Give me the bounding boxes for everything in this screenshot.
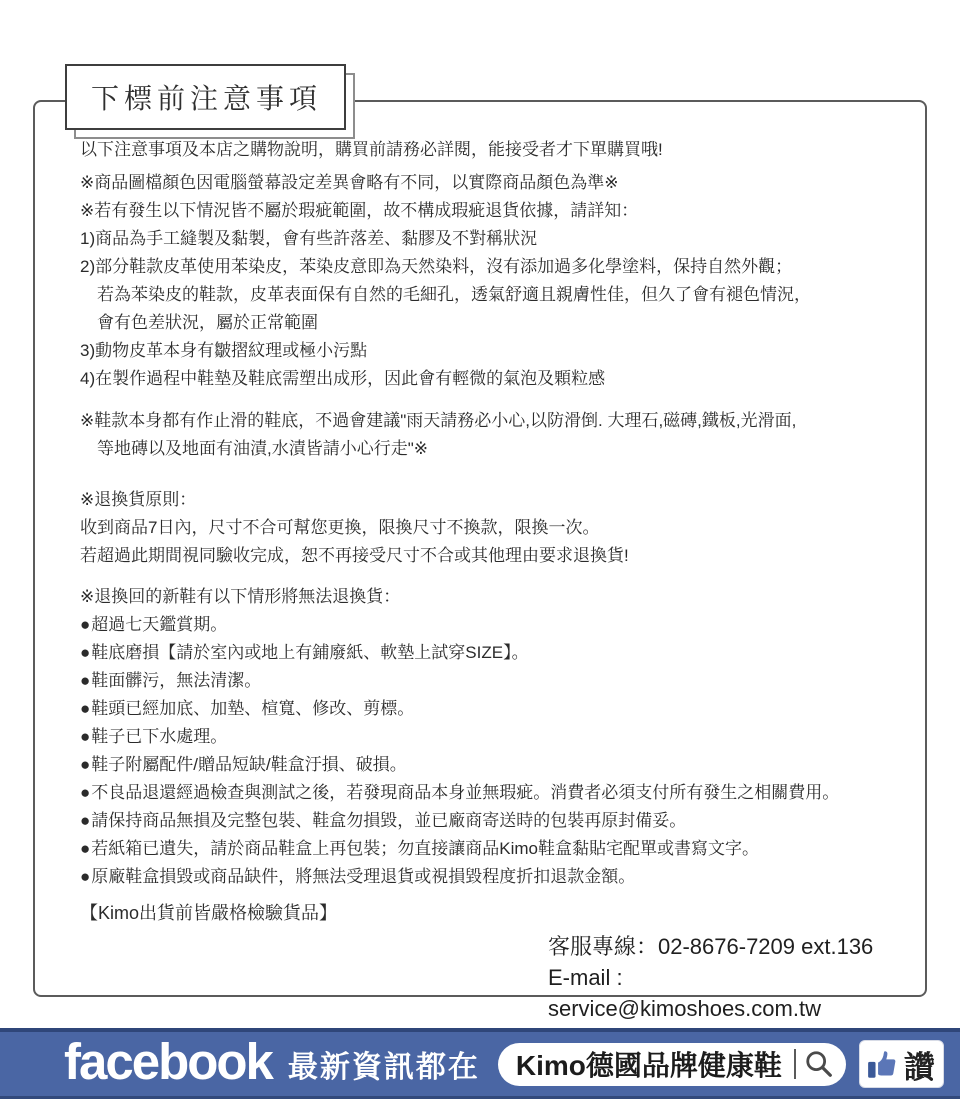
bullet-icon: ● <box>80 839 90 858</box>
bullet-icon: ● <box>80 615 90 634</box>
divider <box>794 1049 796 1079</box>
defect-note-heading: ※若有發生以下情況皆不屬於瑕疵範圍，故不構成瑕疵退貨依據，請詳知： <box>80 197 889 225</box>
service-email: E-mail : service@kimoshoes.com.tw <box>548 962 889 1024</box>
return-policy-heading: ※退換貨原則： <box>80 486 889 514</box>
bullet-icon: ● <box>80 755 90 774</box>
intro-text: 以下注意事項及本店之購物說明，購買前請務必詳閱，能接受者才下單購買哦! <box>80 136 889 164</box>
list-item-text: 鞋子已下水處理。 <box>91 727 227 746</box>
no-return-heading: ※退換回的新鞋有以下情形將無法退換貨： <box>80 583 889 611</box>
bullet-icon: ● <box>80 811 90 830</box>
thumbs-up-icon <box>866 1046 902 1082</box>
bullet-icon: ● <box>80 643 90 662</box>
list-item: ●鞋底磨損【請於室內或地上有鋪廢紙、軟墊上試穿SIZE】。 <box>80 639 889 667</box>
spacer <box>80 570 889 583</box>
list-item-text: 原廠鞋盒損毀或商品缺件，將無法受理退貨或視損毀程度折扣退款金額。 <box>91 867 635 886</box>
bullet-icon: ● <box>80 699 90 718</box>
list-item: ●不良品退還經過檢查與測試之後，若發現商品本身並無瑕疵。消費者必須支付所有發生之… <box>80 779 889 807</box>
like-button[interactable]: 讚 <box>859 1040 944 1088</box>
page: 下標前注意事項 以下注意事項及本店之購物說明，購買前請務必詳閱，能接受者才下單購… <box>0 0 960 1099</box>
list-item-text: 請保持商品無損及完整包裝、鞋盒勿損毀，並已廠商寄送時的包裝再原封備妥。 <box>91 811 686 830</box>
bullet-icon: ● <box>80 727 90 746</box>
list-item: ●原廠鞋盒損毀或商品缺件，將無法受理退貨或視損毀程度折扣退款金額。 <box>80 863 889 891</box>
defect-item-3: 3)動物皮革本身有皺摺紋理或極小污點 <box>80 337 889 365</box>
defect-item-2: 2)部分鞋款皮革使用苯染皮，苯染皮意即為天然染料，沒有添加過多化學塗料，保持自然… <box>80 253 889 281</box>
contact-block: 客服專線：02-8676-7209 ext.136 E-mail : servi… <box>80 931 889 1024</box>
slip-warning: ※鞋款本身都有作止滑的鞋底，不過會建議"雨天請務必小心,以防滑倒. 大理石,磁磚… <box>80 407 889 435</box>
spacer <box>80 393 889 407</box>
color-note: ※商品圖檔顏色因電腦螢幕設定差異會略有不同，以實際商品顏色為準※ <box>80 169 889 197</box>
list-item: ●鞋頭已經加底、加墊、楦寬、修改、剪標。 <box>80 695 889 723</box>
page-title: 下標前注意事項 <box>65 64 346 130</box>
bullet-icon: ● <box>80 867 90 886</box>
defect-item-2-cont: 若為苯染皮的鞋款，皮革表面保有自然的毛細孔，透氣舒適且親膚性佳，但久了會有褪色情… <box>80 281 889 309</box>
list-item: ●鞋子已下水處理。 <box>80 723 889 751</box>
notice-panel: 下標前注意事項 以下注意事項及本店之購物說明，購買前請務必詳閱，能接受者才下單購… <box>33 100 927 997</box>
search-pill[interactable]: Kimo德國品牌健康鞋 <box>498 1043 846 1086</box>
notice-title-box: 下標前注意事項 <box>65 64 346 130</box>
list-item-text: 若紙箱已遺失，請於商品鞋盒上再包裝；勿直接讓商品Kimo鞋盒黏貼宅配單或書寫文字… <box>91 839 759 858</box>
like-label: 讚 <box>904 1042 935 1087</box>
slip-warning-cont: 等地磚以及地面有油漬,水漬皆請小心行走"※ <box>80 435 889 463</box>
list-item: ●若紙箱已遺失，請於商品鞋盒上再包裝；勿直接讓商品Kimo鞋盒黏貼宅配單或書寫文… <box>80 835 889 863</box>
search-text: Kimo德國品牌健康鞋 <box>516 1044 782 1084</box>
banner-tagline: 最新資訊都在 <box>288 1042 480 1086</box>
list-item: ●請保持商品無損及完整包裝、鞋盒勿損毀，並已廠商寄送時的包裝再原封備妥。 <box>80 807 889 835</box>
service-hotline: 客服專線：02-8676-7209 ext.136 <box>548 931 889 962</box>
list-item-text: 鞋頭已經加底、加墊、楦寬、修改、剪標。 <box>91 699 414 718</box>
list-item-text: 鞋面髒污，無法清潔。 <box>91 671 261 690</box>
defect-item-4: 4)在製作過程中鞋墊及鞋底需塑出成形，因此會有輕微的氣泡及顆粒感 <box>80 365 889 393</box>
list-item: ●鞋子附屬配件/贈品短缺/鞋盒汙損、破損。 <box>80 751 889 779</box>
list-item: ●超過七天鑑賞期。 <box>80 611 889 639</box>
list-item-text: 鞋底磨損【請於室內或地上有鋪廢紙、軟墊上試穿SIZE】。 <box>91 643 528 662</box>
defect-item-1: 1)商品為手工縫製及黏製，會有些許落差、黏膠及不對稱狀況 <box>80 225 889 253</box>
list-item-text: 超過七天鑑賞期。 <box>91 615 227 634</box>
notice-content: 以下注意事項及本店之購物說明，購買前請務必詳閱，能接受者才下單購買哦! ※商品圖… <box>35 102 925 1024</box>
facebook-logo: facebook <box>64 1032 272 1091</box>
facebook-banner[interactable]: facebook 最新資訊都在 Kimo德國品牌健康鞋 讚 <box>0 1028 960 1099</box>
list-item: ●鞋面髒污，無法清潔。 <box>80 667 889 695</box>
search-icon[interactable] <box>804 1049 834 1079</box>
bullet-icon: ● <box>80 783 90 802</box>
inspection-note: 【Kimo出貨前皆嚴格檢驗貨品】 <box>80 899 889 927</box>
list-item-text: 不良品退還經過檢查與測試之後，若發現商品本身並無瑕疵。消費者必須支付所有發生之相… <box>91 783 839 802</box>
return-policy-line: 收到商品7日內，尺寸不合可幫您更換，限換尺寸不換款，限換一次。 <box>80 514 889 542</box>
list-item-text: 鞋子附屬配件/贈品短缺/鞋盒汙損、破損。 <box>91 755 406 774</box>
defect-item-2-cont: 會有色差狀況，屬於正常範圍 <box>80 309 889 337</box>
bullet-icon: ● <box>80 671 90 690</box>
return-policy-line: 若超過此期間視同驗收完成，恕不再接受尺寸不合或其他理由要求退換貨! <box>80 542 889 570</box>
spacer <box>80 463 889 486</box>
